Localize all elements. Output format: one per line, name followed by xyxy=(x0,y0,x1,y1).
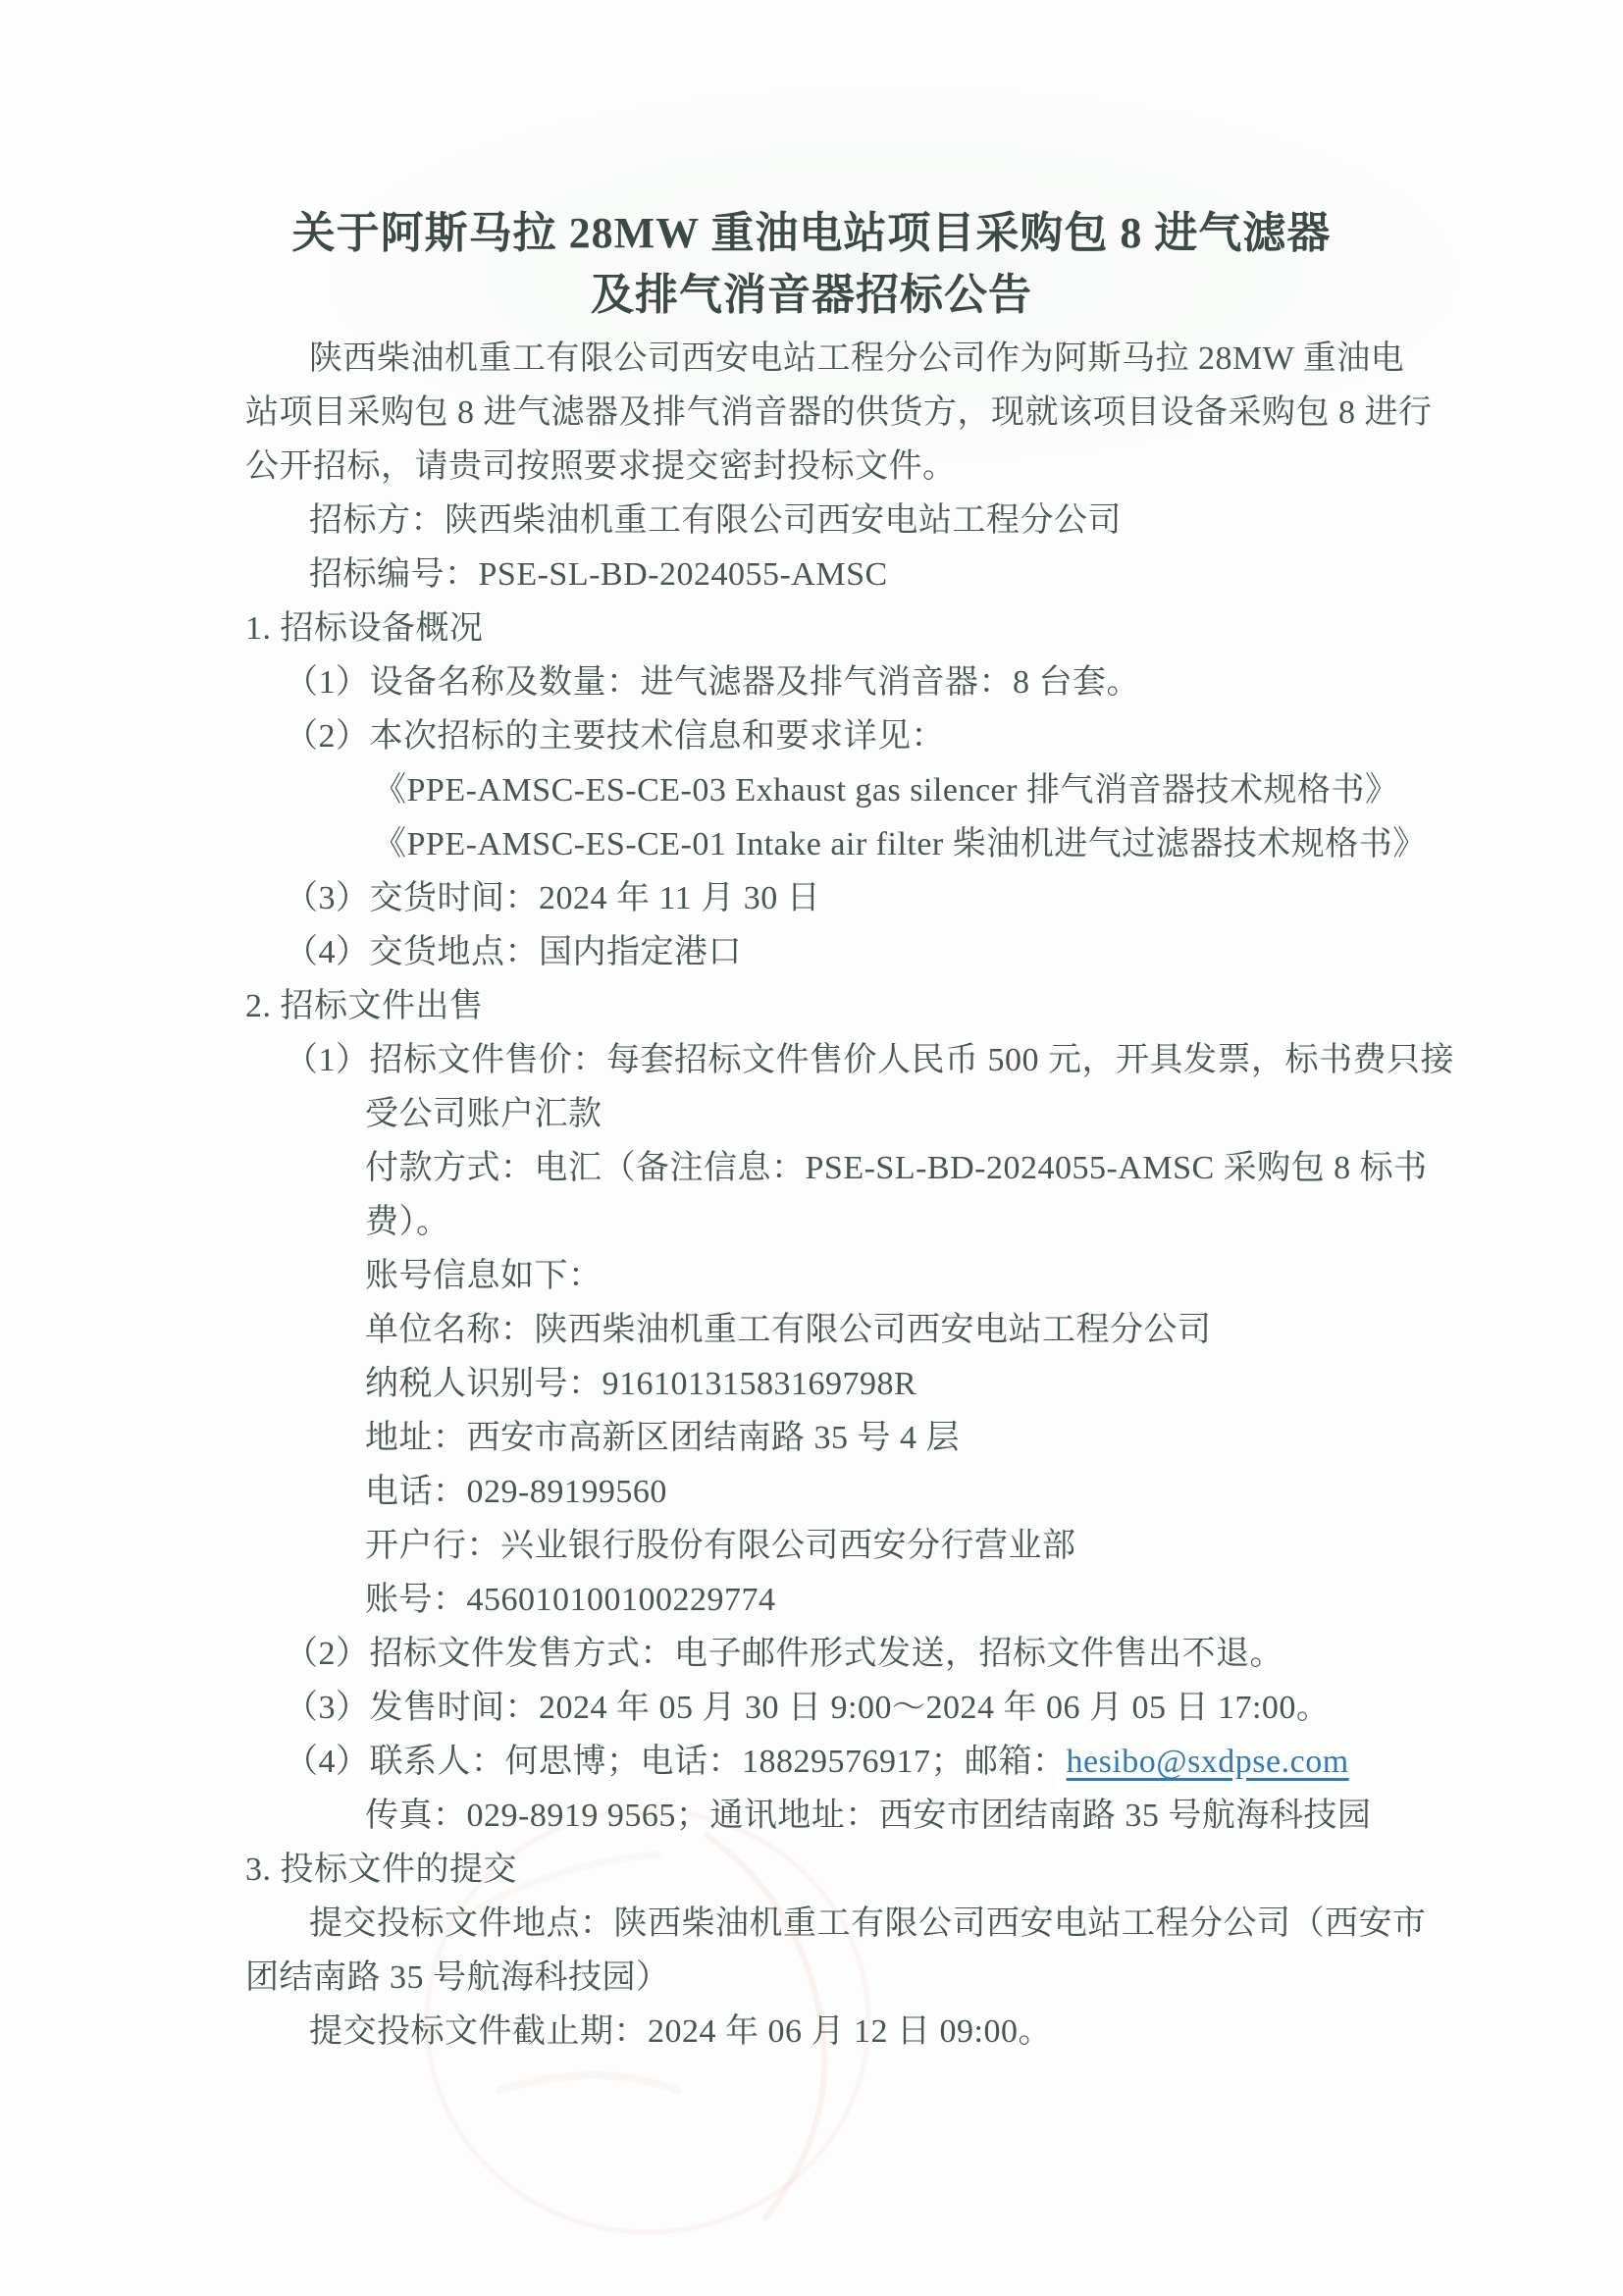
doc-line: 开户行：兴业银行股份有限公司西安分行营业部 xyxy=(0,1519,1623,1573)
doc-text: （4）交货地点：国内指定港口 xyxy=(285,934,742,970)
doc-text: 招标编号：PSE-SL-BD-2024055-AMSC xyxy=(309,556,888,593)
document-page: 关于阿斯马拉 28MW 重油电站项目采购包 8 进气滤器 及排气消音器招标公告 … xyxy=(0,0,1623,2296)
doc-line: 公开招标，请贵司按照要求提交密封投标文件。 xyxy=(0,440,1623,494)
doc-line: 传真：029-8919 9565；通讯地址：西安市团结南路 35 号航海科技园 xyxy=(0,1789,1623,1843)
doc-text: 陕西柴油机重工有限公司西安电站工程分公司作为阿斯马拉 28MW 重油电 xyxy=(309,340,1404,377)
doc-text: 电话：029-89199560 xyxy=(365,1474,667,1510)
doc-line: 提交投标文件截止期：2024 年 06 月 12 日 09:00。 xyxy=(0,2005,1623,2059)
doc-line: 招标方：陕西柴油机重工有限公司西安电站工程分公司 xyxy=(0,494,1623,548)
doc-text: 账号信息如下： xyxy=(365,1258,602,1294)
doc-text: 1. 招标设备概况 xyxy=(245,610,484,647)
doc-text: 地址：西安市高新区团结南路 35 号 4 层 xyxy=(365,1420,960,1456)
doc-line: 1. 招标设备概况 xyxy=(0,601,1623,655)
doc-text: 开户行：兴业银行股份有限公司西安分行营业部 xyxy=(365,1528,1076,1564)
doc-text: 提交投标文件截止期：2024 年 06 月 12 日 09:00。 xyxy=(309,2013,1052,2050)
doc-text: （4）联系人：何思博；电话：18829576917；邮箱： xyxy=(285,1744,1067,1780)
doc-line: 站项目采购包 8 进气滤器及排气消音器的供货方，现就该项目设备采购包 8 进行 xyxy=(0,386,1623,440)
doc-line: （4）联系人：何思博；电话：18829576917；邮箱：hesibo@sxdp… xyxy=(0,1735,1623,1789)
doc-line: 费）。 xyxy=(0,1195,1623,1249)
doc-line: 《PPE-AMSC-ES-CE-03 Exhaust gas silencer … xyxy=(0,763,1623,817)
doc-line: （4）交货地点：国内指定港口 xyxy=(0,925,1623,979)
doc-text: （2）本次招标的主要技术信息和要求详见： xyxy=(285,718,945,755)
doc-text: 单位名称：陕西柴油机重工有限公司西安电站工程分公司 xyxy=(365,1312,1212,1348)
doc-line: 陕西柴油机重工有限公司西安电站工程分公司作为阿斯马拉 28MW 重油电 xyxy=(0,332,1623,386)
doc-text: （1）招标文件售价：每套招标文件售价人民币 500 元，开具发票，标书费只接 xyxy=(285,1042,1454,1078)
title-line-1: 关于阿斯马拉 28MW 重油电站项目采购包 8 进气滤器 xyxy=(0,202,1623,264)
doc-text: （3）发售时间：2024 年 05 月 30 日 9:00～2024 年 06 … xyxy=(285,1690,1330,1726)
document-body: 陕西柴油机重工有限公司西安电站工程分公司作为阿斯马拉 28MW 重油电站项目采购… xyxy=(0,332,1623,2059)
doc-line: （2）本次招标的主要技术信息和要求详见： xyxy=(0,709,1623,763)
doc-text: 费）。 xyxy=(365,1204,450,1240)
doc-line: 2. 招标文件出售 xyxy=(0,979,1623,1033)
doc-text: 《PPE-AMSC-ES-CE-03 Exhaust gas silencer … xyxy=(373,772,1398,809)
doc-text: 《PPE-AMSC-ES-CE-01 Intake air filter 柴油机… xyxy=(373,826,1427,862)
doc-line: 团结南路 35 号航海科技园） xyxy=(0,1951,1623,2005)
doc-text: 招标方：陕西柴油机重工有限公司西安电站工程分公司 xyxy=(309,502,1122,539)
doc-line: 账号：456010100100229774 xyxy=(0,1573,1623,1627)
doc-line: 单位名称：陕西柴油机重工有限公司西安电站工程分公司 xyxy=(0,1303,1623,1357)
doc-line: 提交投标文件地点：陕西柴油机重工有限公司西安电站工程分公司（西安市 xyxy=(0,1897,1623,1951)
doc-line: （3）交货时间：2024 年 11 月 30 日 xyxy=(0,871,1623,925)
doc-line: （1）招标文件售价：每套招标文件售价人民币 500 元，开具发票，标书费只接 xyxy=(0,1033,1623,1087)
doc-text: （1）设备名称及数量：进气滤器及排气消音器：8 台套。 xyxy=(285,664,1140,701)
doc-text: 3. 投标文件的提交 xyxy=(245,1852,517,1888)
doc-text: 2. 招标文件出售 xyxy=(245,988,484,1024)
title-line-2: 及排气消音器招标公告 xyxy=(0,264,1623,326)
doc-text: （3）交货时间：2024 年 11 月 30 日 xyxy=(285,880,820,916)
doc-text: 付款方式：电汇（备注信息：PSE-SL-BD-2024055-AMSC 采购包 … xyxy=(365,1150,1428,1186)
doc-text: 受公司账户汇款 xyxy=(365,1096,602,1132)
doc-line: 电话：029-89199560 xyxy=(0,1465,1623,1519)
document-title: 关于阿斯马拉 28MW 重油电站项目采购包 8 进气滤器 及排气消音器招标公告 xyxy=(0,0,1623,326)
doc-text: （2）招标文件发售方式：电子邮件形式发送，招标文件售出不退。 xyxy=(285,1636,1283,1672)
doc-line: 付款方式：电汇（备注信息：PSE-SL-BD-2024055-AMSC 采购包 … xyxy=(0,1141,1623,1195)
doc-line: （3）发售时间：2024 年 05 月 30 日 9:00～2024 年 06 … xyxy=(0,1681,1623,1735)
doc-text: 团结南路 35 号航海科技园） xyxy=(245,1959,670,1996)
doc-line: 《PPE-AMSC-ES-CE-01 Intake air filter 柴油机… xyxy=(0,817,1623,871)
doc-line: 3. 投标文件的提交 xyxy=(0,1843,1623,1897)
email-link[interactable]: hesibo@sxdpse.com xyxy=(1067,1744,1349,1780)
doc-line: 纳税人识别号：91610131583169798R xyxy=(0,1357,1623,1411)
doc-text: 站项目采购包 8 进气滤器及排气消音器的供货方，现就该项目设备采购包 8 进行 xyxy=(245,394,1433,431)
doc-text: 公开招标，请贵司按照要求提交密封投标文件。 xyxy=(245,448,957,485)
doc-line: 账号信息如下： xyxy=(0,1249,1623,1303)
doc-line: （2）招标文件发售方式：电子邮件形式发送，招标文件售出不退。 xyxy=(0,1627,1623,1681)
doc-line: 受公司账户汇款 xyxy=(0,1087,1623,1141)
doc-text: 传真：029-8919 9565；通讯地址：西安市团结南路 35 号航海科技园 xyxy=(365,1798,1371,1834)
doc-line: （1）设备名称及数量：进气滤器及排气消音器：8 台套。 xyxy=(0,655,1623,709)
doc-line: 地址：西安市高新区团结南路 35 号 4 层 xyxy=(0,1411,1623,1465)
doc-text: 账号：456010100100229774 xyxy=(365,1582,776,1618)
doc-line: 招标编号：PSE-SL-BD-2024055-AMSC xyxy=(0,548,1623,601)
doc-text: 提交投标文件地点：陕西柴油机重工有限公司西安电站工程分公司（西安市 xyxy=(309,1905,1427,1942)
doc-text: 纳税人识别号：91610131583169798R xyxy=(365,1366,916,1402)
